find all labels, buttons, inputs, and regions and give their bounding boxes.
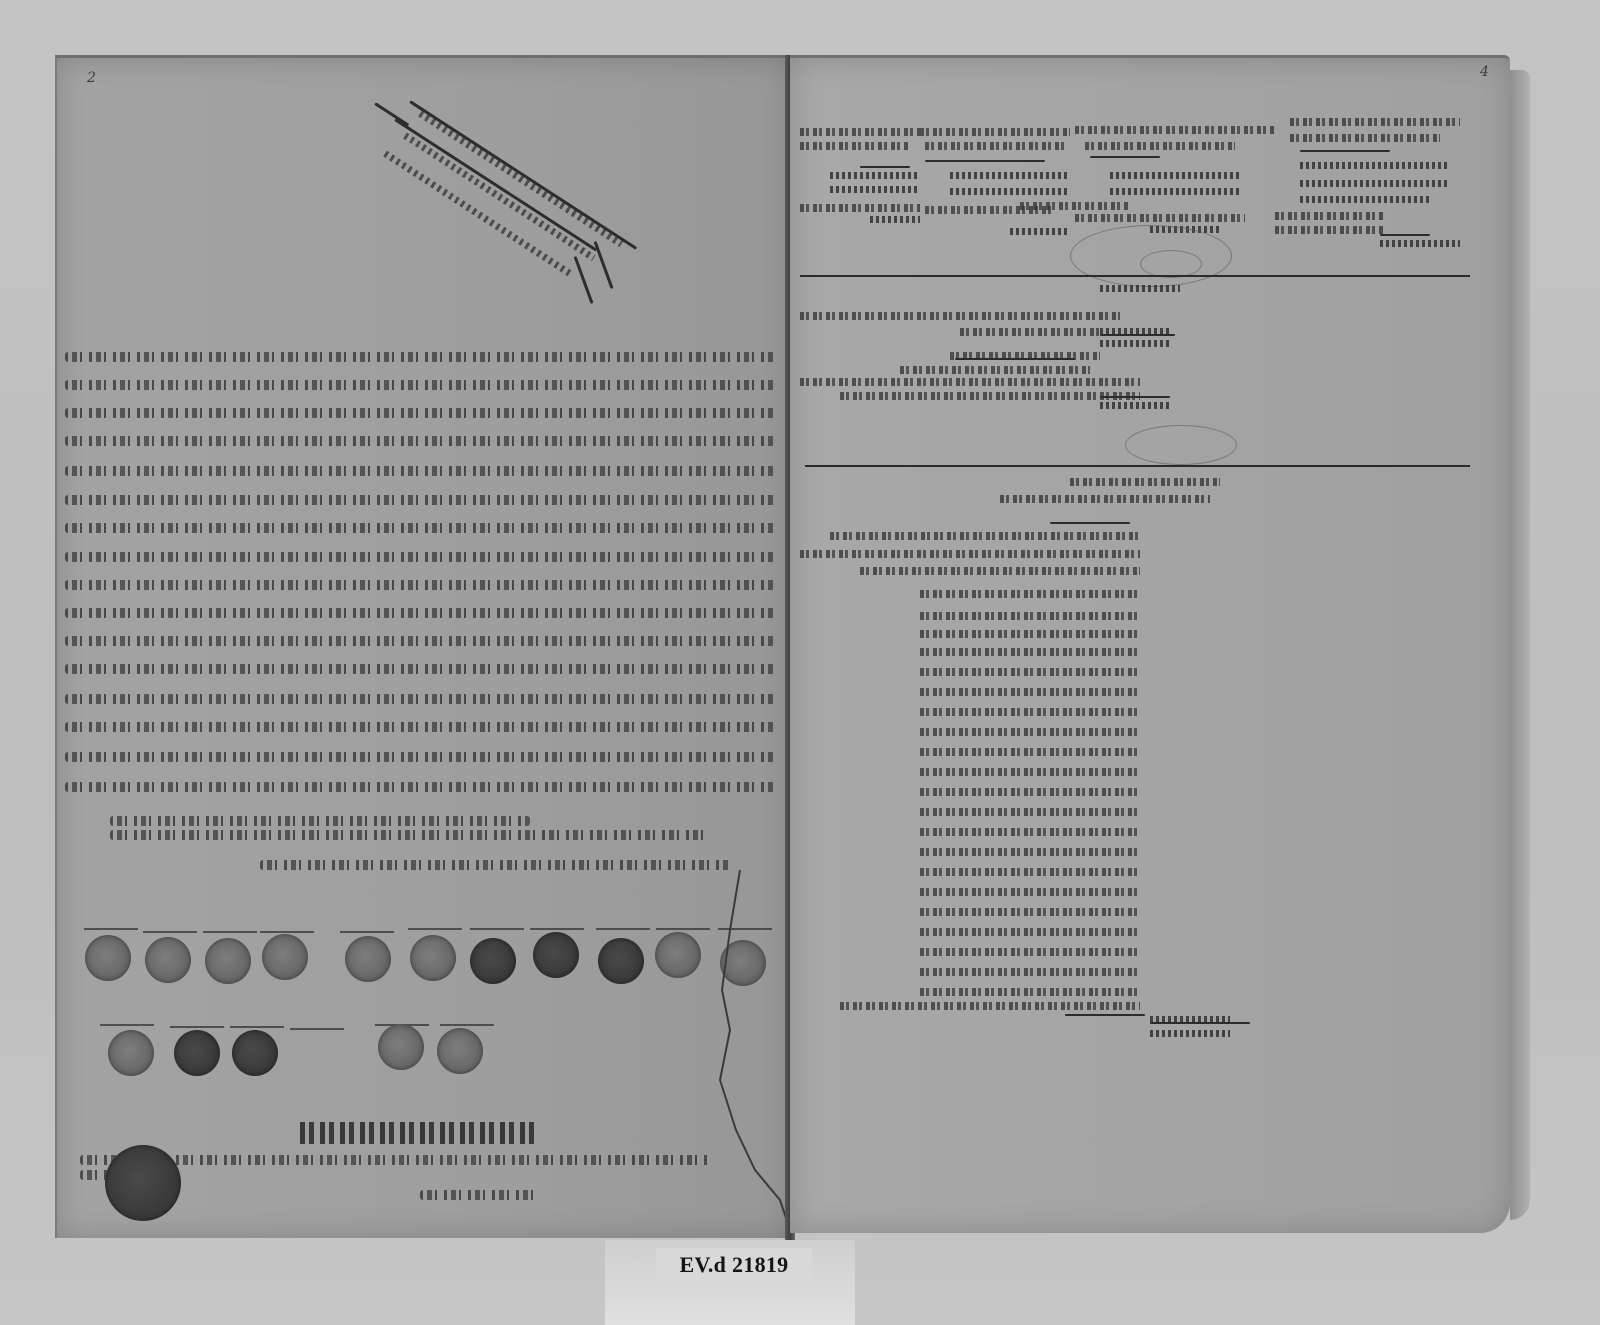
archive-catalog-label: EV.d 21819 <box>656 1248 812 1282</box>
folio-mark-right: 4 <box>1480 64 1489 80</box>
seal <box>598 938 644 984</box>
seal <box>232 1030 278 1076</box>
section-divider <box>800 275 1470 277</box>
seal <box>205 938 251 984</box>
date-line <box>300 1122 540 1144</box>
seal <box>437 1028 483 1074</box>
seal <box>533 932 579 978</box>
seal <box>108 1030 154 1076</box>
seal <box>145 937 191 983</box>
seal <box>85 935 131 981</box>
seal <box>262 934 308 980</box>
seal <box>470 938 516 984</box>
seal <box>378 1024 424 1070</box>
paper-tear <box>700 870 790 1230</box>
seal <box>655 932 701 978</box>
page-edge <box>1510 70 1530 1220</box>
closing-seal <box>105 1145 181 1221</box>
seal <box>410 935 456 981</box>
seal <box>345 936 391 982</box>
seal <box>174 1030 220 1076</box>
folio-mark-left: 2 <box>87 70 96 86</box>
diagonal-annotation <box>365 100 685 310</box>
